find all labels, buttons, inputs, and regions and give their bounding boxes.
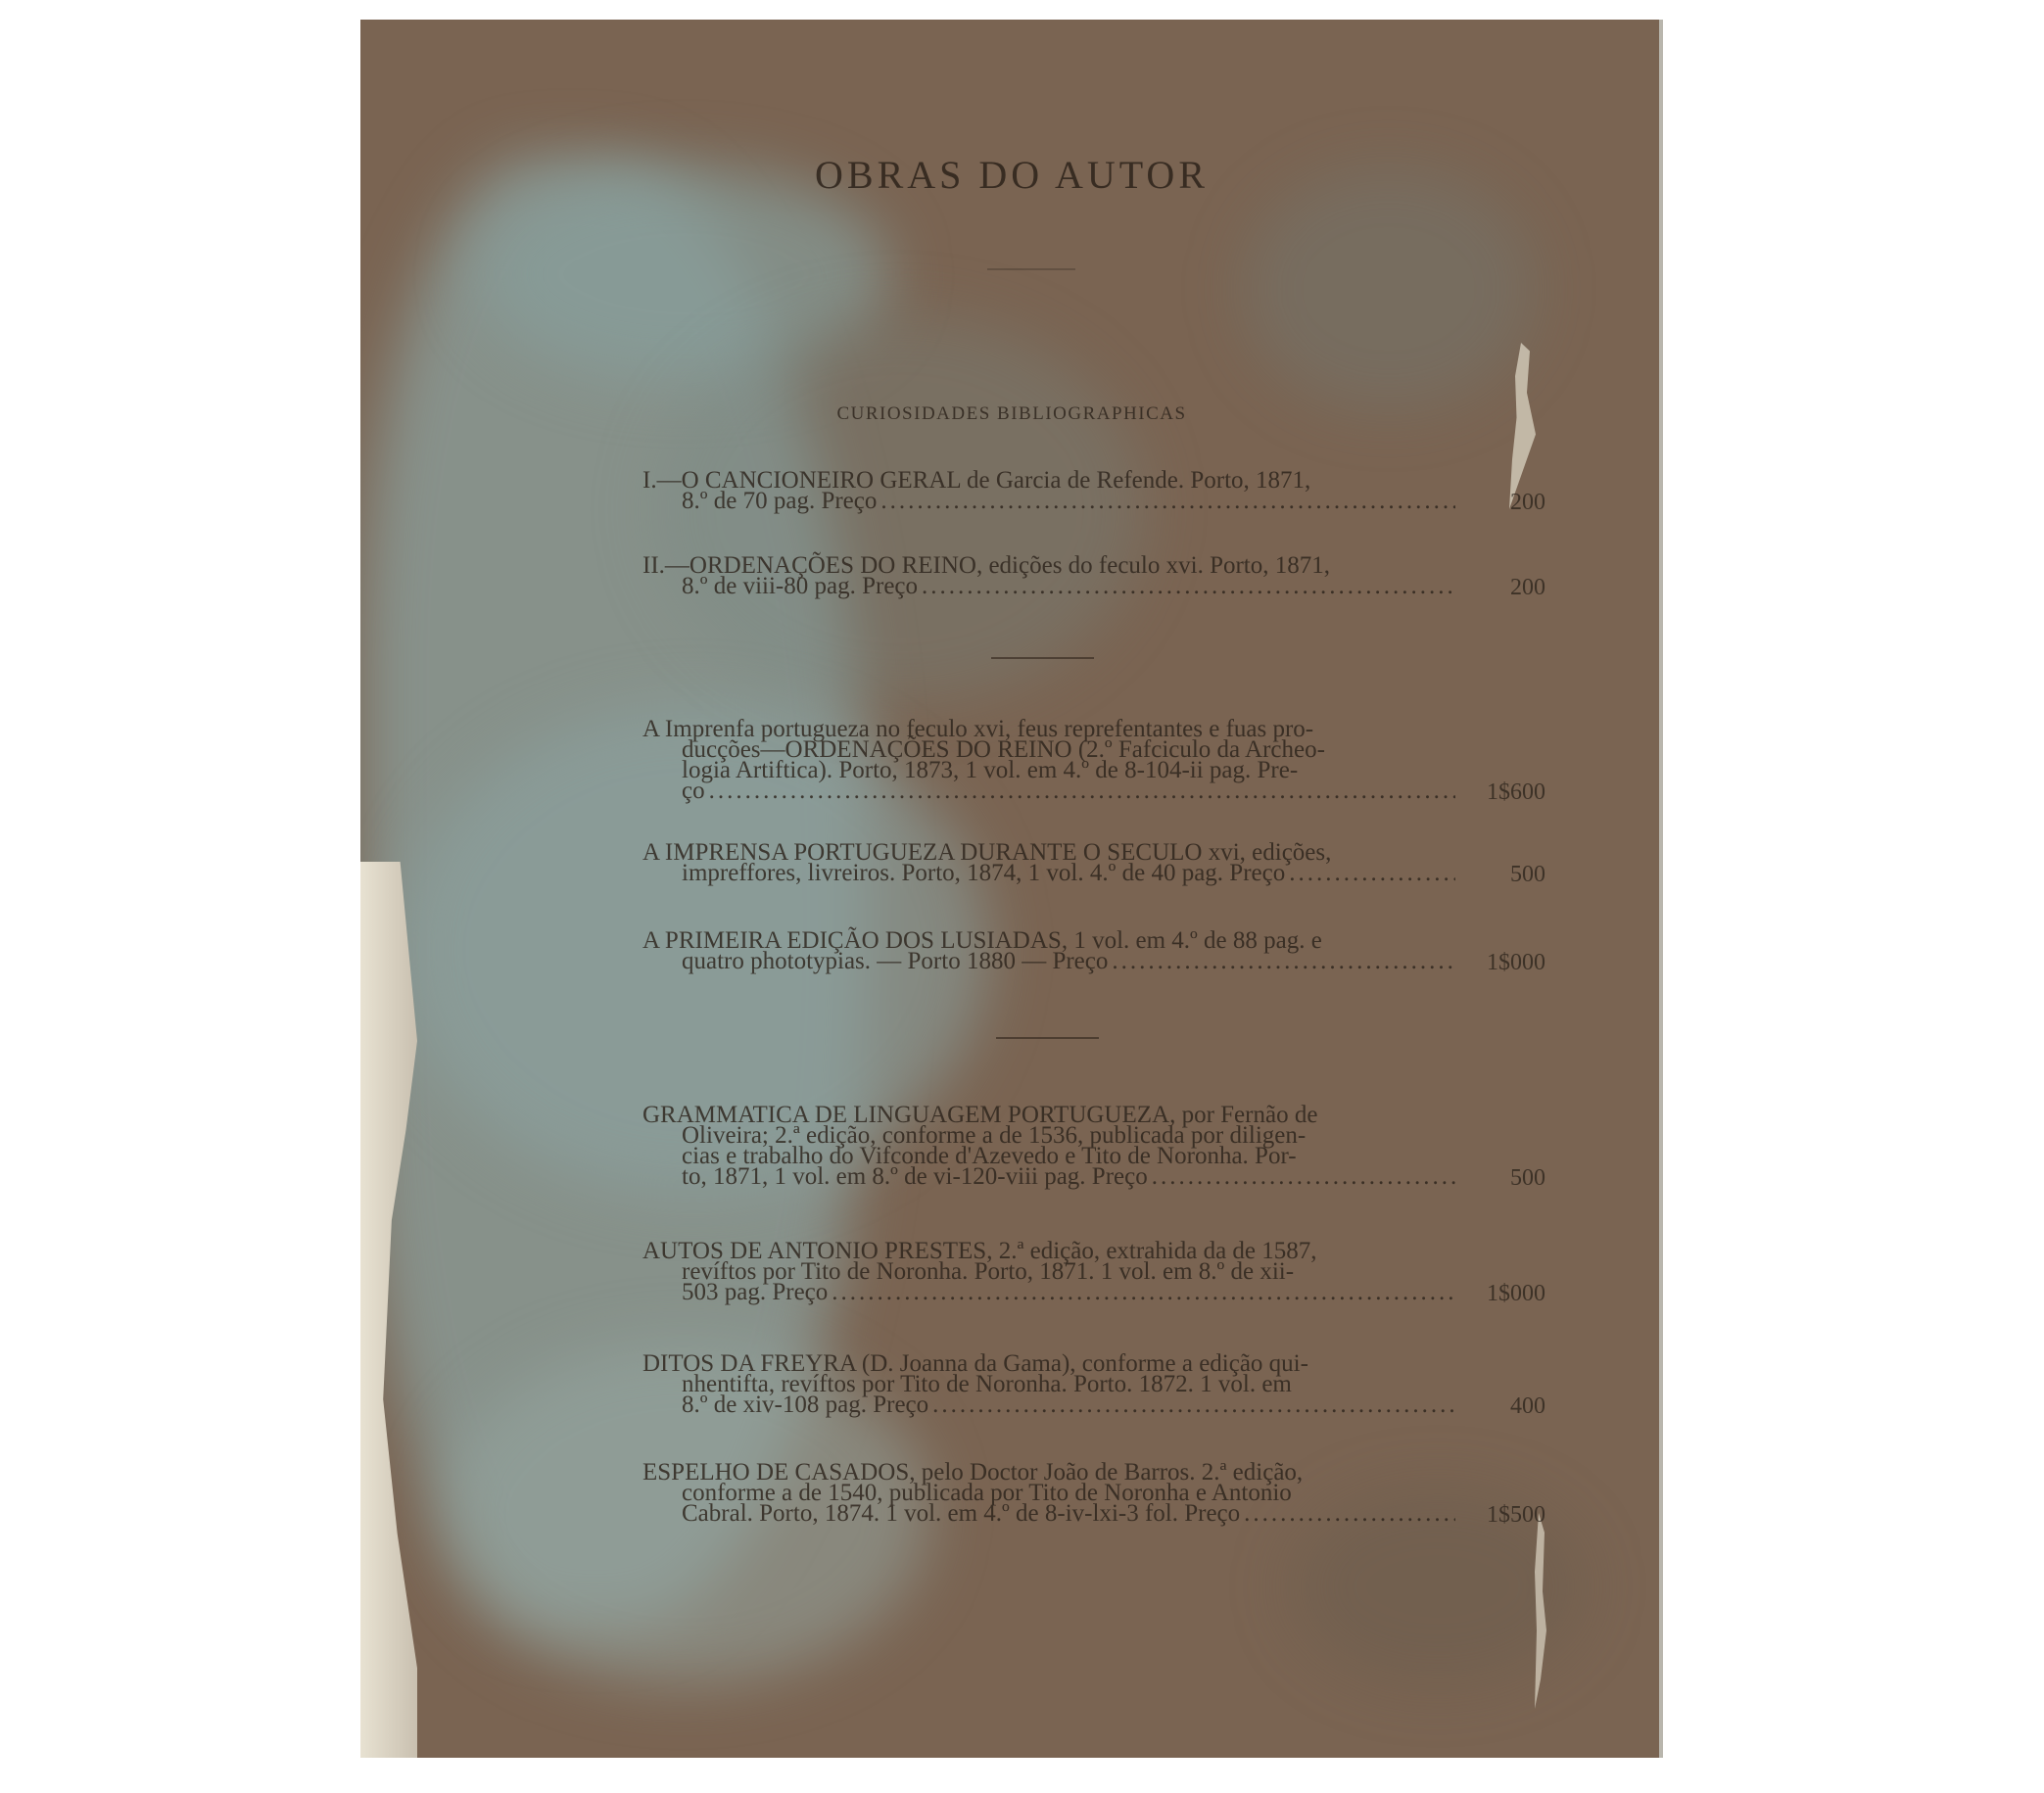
section-heading: CURIOSIDADES BIBLIOGRAPHICAS xyxy=(360,403,1663,425)
book-entry: II.—ORDENAÇÕES DO REINO, edições do fecu… xyxy=(642,555,1455,596)
entry-price: 1$600 xyxy=(1457,779,1545,806)
book-entry: A IMPRENSA PORTUGUEZA DURANTE O SECULO x… xyxy=(642,842,1455,883)
page-edge xyxy=(1659,20,1663,1758)
entry-price: 1$000 xyxy=(1457,1281,1545,1307)
dot-leader xyxy=(1152,1166,1455,1187)
page-title: OBRAS DO AUTOR xyxy=(360,152,1663,198)
entry-price-line: quatro phototypias. — Porto 1880 — Preço xyxy=(642,951,1455,971)
book-page: OBRAS DO AUTOR CURIOSIDADES BIBLIOGRAPHI… xyxy=(360,20,1663,1758)
dot-leader xyxy=(832,1282,1455,1302)
entry-price-line: 8.º de viii-80 pag. Preço xyxy=(642,576,1455,596)
entry-price: 1$000 xyxy=(1457,950,1545,976)
entry-price: 400 xyxy=(1457,1393,1545,1420)
dot-leader xyxy=(922,576,1455,596)
water-stain xyxy=(1242,166,1536,411)
book-entry: I.—O CANCIONEIRO GERAL de Garcia de Refe… xyxy=(642,470,1455,511)
book-entry: DITOS DA FREYRA (D. Joanna da Gama), con… xyxy=(642,1353,1455,1415)
entry-price: 500 xyxy=(1457,1165,1545,1192)
entry-price-line: 503 pag. Preço xyxy=(642,1282,1455,1302)
entry-price: 500 xyxy=(1457,862,1545,888)
dot-leader xyxy=(1289,863,1455,883)
entry-price-line: impreffores, livreiros. Porto, 1874, 1 v… xyxy=(642,863,1455,883)
divider xyxy=(987,268,1075,270)
dot-leader xyxy=(1244,1503,1455,1524)
dot-leader xyxy=(932,1394,1455,1415)
book-entry: ESPELHO DE CASADOS, pelo Doctor João de … xyxy=(642,1462,1455,1524)
book-entry: A PRIMEIRA EDIÇÃO DOS LUSIADAS, 1 vol. e… xyxy=(642,930,1455,971)
dot-leader xyxy=(880,491,1455,511)
divider xyxy=(996,1037,1099,1039)
entry-price-line: Cabral. Porto, 1874. 1 vol. em 4.º de 8-… xyxy=(642,1503,1455,1524)
entry-price: 1$500 xyxy=(1457,1502,1545,1529)
paper-tear xyxy=(1506,343,1536,509)
entry-price-line: to, 1871, 1 vol. em 8.º de vi-120-viii p… xyxy=(642,1166,1455,1187)
entry-price-line: 8.º de xiv-108 pag. Preço xyxy=(642,1394,1455,1415)
entry-price-line: 8.º de 70 pag. Preço xyxy=(642,491,1455,511)
dot-leader xyxy=(709,780,1455,801)
entry-price-line: ço xyxy=(642,780,1455,801)
book-entry: GRAMMATICA DE LINGUAGEM PORTUGUEZA, por … xyxy=(642,1105,1455,1187)
entry-line: logia Artiftica). Porto, 1873, 1 vol. em… xyxy=(642,760,1455,780)
book-entry: AUTOS DE ANTONIO PRESTES, 2.ª edição, ex… xyxy=(642,1241,1455,1302)
entry-price: 200 xyxy=(1457,490,1545,516)
entry-price: 200 xyxy=(1457,575,1545,601)
divider xyxy=(991,657,1094,659)
dot-leader xyxy=(1112,951,1455,971)
book-entry: A Imprenfa portugueza no feculo xvi, feu… xyxy=(642,719,1455,801)
